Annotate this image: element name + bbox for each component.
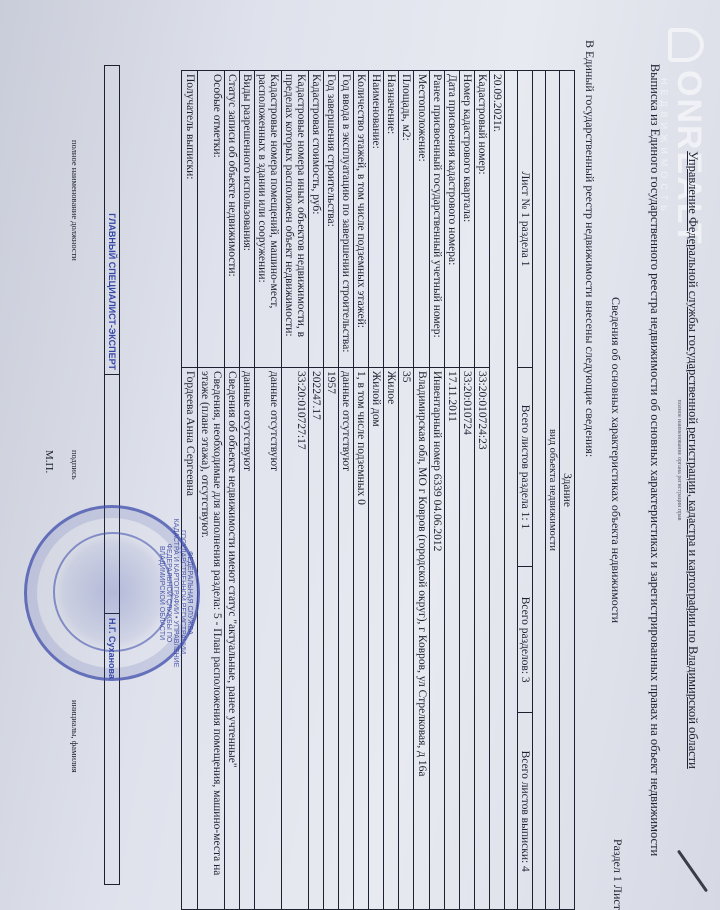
position-handwritten: ГЛАВНЫЙ СПЕЦИАЛИСТ-ЭКСПЕРТ (107, 213, 117, 370)
watermark: ONREALT НЕДВИЖИМОСТЬ (659, 30, 708, 246)
field-label: Количество этажей, в том числе подземных… (354, 71, 369, 368)
field-row: Виды разрешенного использования:данные о… (239, 71, 254, 910)
field-row: Кадастровые номера иных объектов недвижи… (281, 71, 308, 910)
sheet-info-row: Лист № 1 раздела 1 Всего листов раздела … (517, 71, 532, 910)
field-value: Инвентарный номер 6339 04.06.2012 (429, 368, 444, 910)
object-kind-row: Здание (559, 71, 574, 910)
field-label: Местоположение: (414, 71, 429, 368)
field-row: Год ввода в эксплуатацию по завершении с… (339, 71, 354, 910)
field-value: 17.11.2011 (444, 368, 459, 910)
house-logo-icon (668, 28, 704, 62)
field-value: 33:20:010724:23 (474, 368, 489, 910)
object-kind-caption-row: вид объекта недвижимости (545, 71, 559, 910)
field-label: Кадастровый номер: (474, 71, 489, 368)
field-value: Сведения, необходимые для заполнения раз… (197, 368, 224, 910)
field-value: данные отсутствуют (239, 368, 254, 910)
extract-date: 20.09.2021г. (489, 71, 504, 910)
field-row: Получатель выписки:Гордеева Анна Сергеев… (182, 71, 197, 910)
field-value: Жилое (384, 368, 399, 910)
blank-row (504, 71, 517, 910)
sections-total: Всего разделов: 3 (517, 566, 532, 713)
field-row: Кадастровый номер:33:20:010724:23 (474, 71, 489, 910)
field-value: 35 (399, 368, 414, 910)
field-row: Кадастровые номера помещений, машино-мес… (254, 71, 281, 910)
field-label: Наименование: (369, 71, 384, 368)
field-row: Ранее присвоенный государственный учетны… (429, 71, 444, 910)
field-label: Виды разрешенного использования: (239, 71, 254, 368)
field-label: Кадастровые номера иных объектов недвижи… (281, 71, 308, 368)
section-label: Раздел 1 Лист (610, 839, 625, 910)
document-title: Выписка из Единого государственного реес… (647, 40, 662, 880)
sheets-total: Всего листов выписки: 4 (517, 713, 532, 910)
field-row: Год завершения строительства:1957 (324, 71, 339, 910)
field-value: 33:20:010727:17 (281, 368, 308, 910)
pen-icon (677, 850, 708, 893)
field-label: Получатель выписки: (182, 71, 197, 368)
signature-table: ГЛАВНЫЙ СПЕЦИАЛИСТ-ЭКСПЕРТ Н.Г. Суханова (104, 65, 120, 885)
field-value: данные отсутствуют (339, 368, 354, 910)
field-label: Ранее присвоенный государственный учетны… (429, 71, 444, 368)
field-value: 202247.17 (309, 368, 324, 910)
field-label: Год завершения строительства: (324, 71, 339, 368)
document-page: ONREALT НЕДВИЖИМОСТЬ Управление Федераль… (0, 0, 720, 910)
field-value: 1957 (324, 368, 339, 910)
field-row: Дата присвоения кадастрового номера:17.1… (444, 71, 459, 910)
blank-row (532, 71, 545, 910)
field-row: Наименование:Жилой дом (369, 71, 384, 910)
field-value: 1, в том числе подземных 0 (354, 368, 369, 910)
field-label: Особые отметки: (197, 71, 224, 368)
field-label: Дата присвоения кадастрового номера: (444, 71, 459, 368)
field-row: Статус записи об объекте недвижимости:Св… (224, 71, 239, 910)
sheets-in-section: Всего листов раздела 1: 1 (517, 368, 532, 567)
stamp-text: ФЕДЕРАЛЬНАЯ СЛУЖБА ГОСУДАРСТВЕННОЙ РЕГИС… (158, 518, 193, 668)
position-cell: ГЛАВНЫЙ СПЕЦИАЛИСТ-ЭКСПЕРТ (105, 66, 120, 375)
organization-caption: полное наименование органа регистрации п… (676, 90, 682, 830)
emblem-icon (53, 532, 173, 652)
field-row: Номер кадастрового квартала:33:20:010724 (459, 71, 474, 910)
seal-caption: М.П. (43, 450, 55, 473)
field-label: Номер кадастрового квартала: (459, 71, 474, 368)
field-label: Статус записи об объекте недвижимости: (224, 71, 239, 368)
document-subtitle: Сведения об основных характеристиках объ… (608, 90, 623, 830)
field-row: Количество этажей, в том числе подземных… (354, 71, 369, 910)
sheet-number: Лист № 1 раздела 1 (517, 71, 532, 368)
object-kind-value: Здание (559, 71, 574, 910)
field-value: Владимирская обл, МО г Ковров (городской… (414, 368, 429, 910)
field-row: Особые отметки:Сведения, необходимые для… (197, 71, 224, 910)
field-value: данные отсутствуют (254, 368, 281, 910)
field-label: Площадь, м2: (399, 71, 414, 368)
field-label: Кадастровая стоимость, руб: (309, 71, 324, 368)
field-value: 33:20:010724 (459, 368, 474, 910)
date-row: 20.09.2021г. (489, 71, 504, 910)
field-label: Год ввода в эксплуатацию по завершении с… (339, 71, 354, 368)
field-row: Местоположение:Владимирская обл, МО г Ко… (414, 71, 429, 910)
field-label: Кадастровые номера помещений, машино-мес… (254, 71, 281, 368)
name-caption: инициалы, фамилия (70, 700, 80, 773)
characteristics-table: Здание вид объекта недвижимости Лист № 1… (181, 70, 575, 910)
field-label: Назначение: (384, 71, 399, 368)
position-caption: полное наименование должности (70, 140, 80, 261)
object-kind-caption: вид объекта недвижимости (545, 71, 559, 910)
field-row: Площадь, м2:35 (399, 71, 414, 910)
signature-caption: подпись (70, 450, 80, 480)
organization-name: Управление Федеральной службы государств… (685, 90, 700, 830)
field-row: Кадастровая стоимость, руб:202247.17 (309, 71, 324, 910)
field-value: Жилой дом (369, 368, 384, 910)
official-seal-stamp: ФЕДЕРАЛЬНАЯ СЛУЖБА ГОСУДАРСТВЕННОЙ РЕГИС… (24, 505, 200, 681)
field-value: Сведения об объекте недвижимости имеют с… (224, 368, 239, 910)
field-row: Назначение:Жилое (384, 71, 399, 910)
intro-text: В Единый государственный реестр недвижим… (582, 40, 597, 457)
